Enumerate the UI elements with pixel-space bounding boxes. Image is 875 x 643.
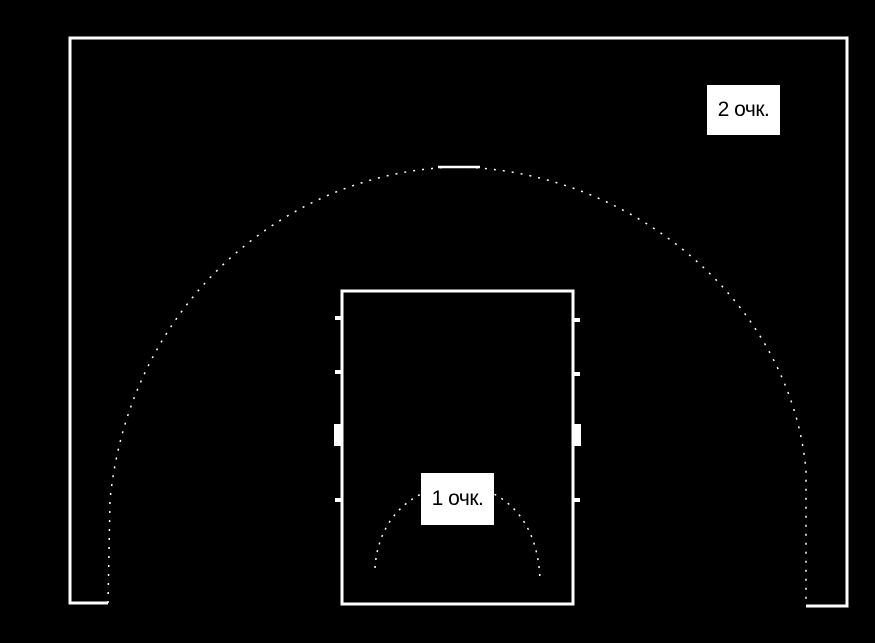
three-point-arc: [108, 167, 806, 603]
free-throw-lane: [342, 291, 573, 604]
two-point-zone-label: 2 очк.: [707, 85, 780, 135]
one-point-zone-label: 1 очк.: [421, 473, 494, 525]
